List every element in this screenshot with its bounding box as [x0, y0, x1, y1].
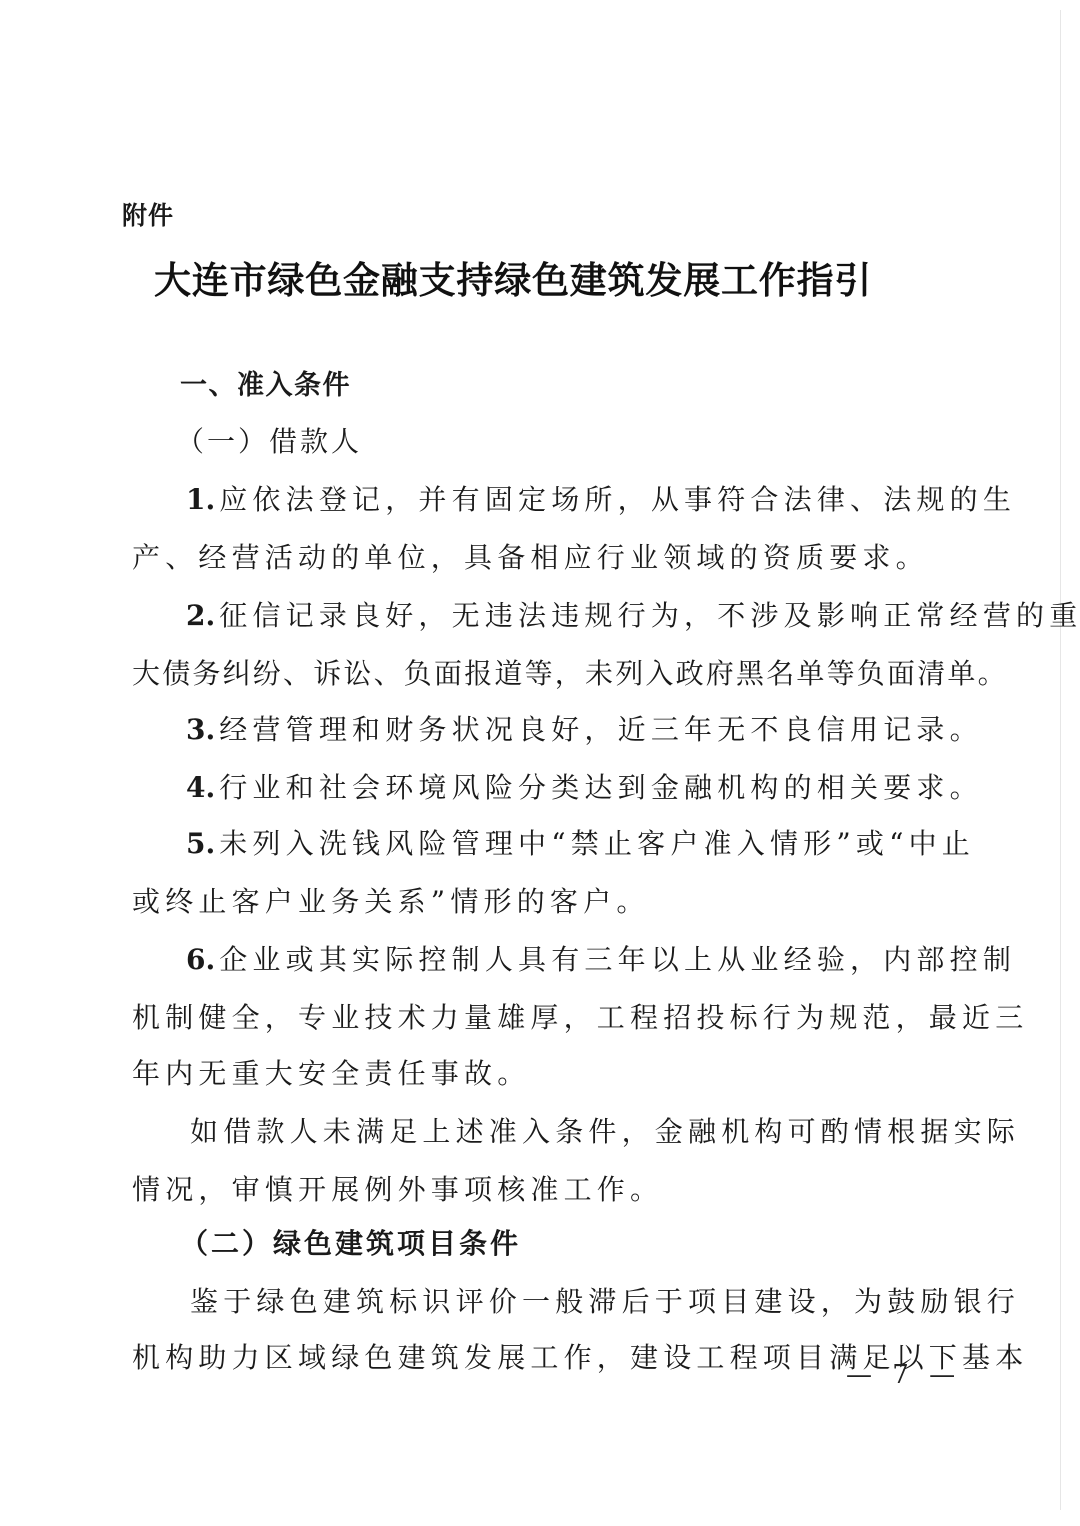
subsection-heading-borrower: （一）借款人: [176, 424, 362, 460]
item-3-line-1: 3.经营管理和财务状况良好，近三年无不良信用记录。: [186, 712, 983, 748]
page-edge-divider: [1060, 10, 1061, 1510]
section-heading-admission: 一、准入条件: [180, 368, 351, 404]
attachment-label: 附件: [122, 196, 174, 232]
item-2-line-2: 大债务纠纷、诉讼、负面报道等，未列入政府黑名单等负面清单。: [132, 656, 1008, 692]
item-5-line-1: 5.未列入洗钱风险管理中“禁止客户准入情形”或“中止: [186, 826, 975, 862]
subsection-heading-green-building: （二）绿色建筑项目条件: [180, 1226, 521, 1262]
page-number: — 7 —: [846, 1360, 961, 1390]
exception-note-line-2: 情况，审慎开展例外事项核准工作。: [132, 1172, 663, 1208]
item-6-line-1: 6.企业或其实际控制人具有三年以上从业经验，内部控制: [186, 942, 1016, 978]
green-building-para-line-1: 鉴于绿色建筑标识评价一般滞后于项目建设，为鼓励银行: [190, 1284, 1020, 1320]
exception-note-line-1: 如借款人未满足上述准入条件，金融机构可酌情根据实际: [190, 1114, 1020, 1150]
document-title: 大连市绿色金融支持绿色建筑发展工作指引: [154, 250, 872, 304]
item-6-line-3: 年内无重大安全责任事故。: [132, 1056, 530, 1092]
item-1-line-2: 产、经营活动的单位，具备相应行业领域的资质要求。: [132, 540, 929, 576]
item-1-line-1: 1.应依法登记，并有固定场所，从事符合法律、法规的生: [186, 482, 1016, 518]
item-6-line-2: 机制健全，专业技术力量雄厚，工程招投标行为规范，最近三: [132, 1000, 1028, 1036]
item-4-line-1: 4.行业和社会环境风险分类达到金融机构的相关要求。: [186, 770, 983, 806]
item-2-line-1: 2.征信记录良好，无违法违规行为，不涉及影响正常经营的重: [186, 598, 1080, 634]
item-5-line-2: 或终止客户业务关系”情形的客户。: [132, 884, 650, 920]
